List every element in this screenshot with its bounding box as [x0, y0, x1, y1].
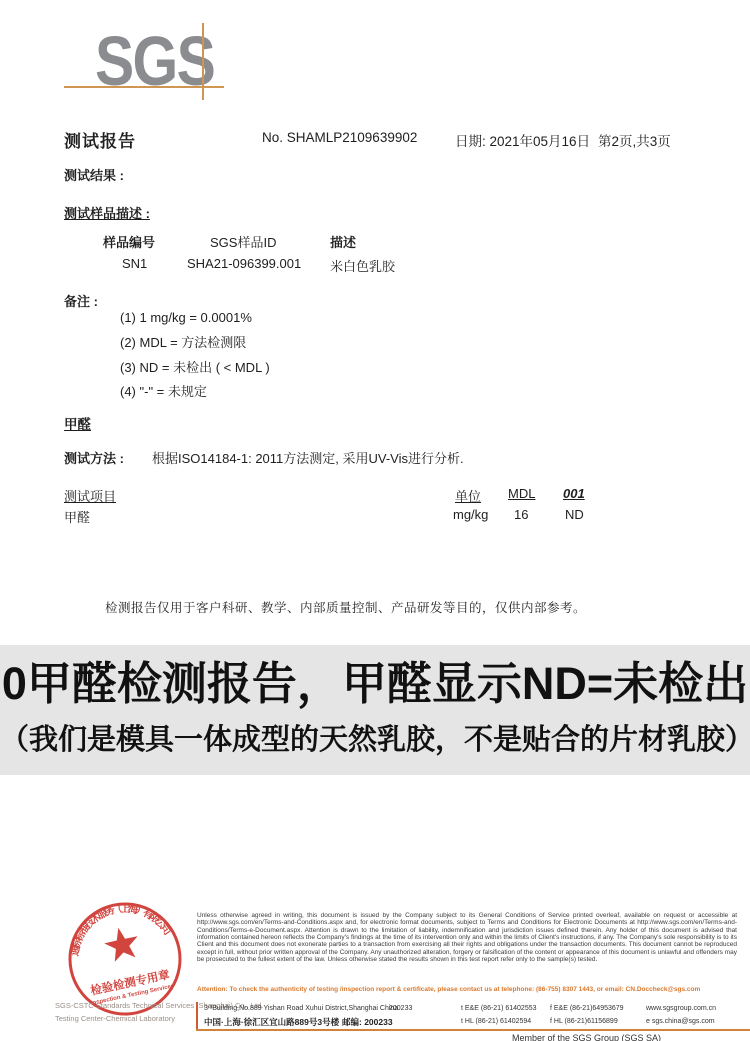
result-header-unit: 单位: [455, 486, 481, 505]
legal-disclaimer: Unless otherwise agreed in writing, this…: [197, 912, 737, 963]
sgs-logo: SGS: [95, 35, 214, 87]
sample-table-header-sgs-id: SGS样品ID: [210, 232, 276, 251]
sample-id-value: SN1: [122, 256, 147, 271]
report-date: 日期: 2021年05月16日: [455, 130, 590, 150]
stamp-star-icon: [102, 924, 142, 963]
phone-ee: t E&E (86-21) 61402553: [461, 1005, 537, 1012]
website-url: www.sgsgroup.com.cn: [646, 1005, 716, 1012]
page-count: 第2页,共3页: [598, 130, 671, 150]
lab-department-name: Testing Center-Chemical Laboratory: [55, 1014, 175, 1023]
remark-2: (2) MDL = 方法检测限: [120, 330, 246, 355]
fax-hl: f HL (86-21)61156899: [550, 1018, 618, 1025]
postcode-chinese: 邮编: 200233: [342, 1016, 393, 1028]
remark-4: (4) "-" = 未规定: [120, 379, 207, 404]
logo-crosshair-horizontal-line: [64, 86, 224, 88]
fax-ee: f E&E (86-21)64953679: [550, 1005, 624, 1012]
method-text: 根据ISO14184-1: 2011方法测定, 采用UV-Vis进行分析.: [152, 448, 464, 467]
page-title: 测试报告: [64, 127, 136, 152]
address-english: 3ʳᵈBuilding,No.889 Yishan Road Xuhui Dis…: [204, 1005, 398, 1012]
method-label: 测试方法 :: [64, 448, 124, 467]
test-result-label: 测试结果 :: [64, 165, 124, 184]
result-item-name: 甲醛: [64, 507, 90, 526]
footer-vertical-rule: [196, 1002, 198, 1030]
address-chinese: 中国·上海·徐汇区宜山路889号3号楼: [204, 1016, 339, 1028]
formaldehyde-heading: 甲醛: [64, 413, 91, 433]
sgs-group-member-note: Member of the SGS Group (SGS SA): [512, 1033, 661, 1041]
logo-crosshair-vertical-line: [202, 23, 204, 100]
remark-label: 备注 :: [64, 291, 98, 310]
result-header-item: 测试项目: [64, 486, 116, 505]
phone-hl: t HL (86-21) 61402594: [461, 1018, 531, 1025]
internal-use-note: 检测报告仅用于客户科研、教学、内部质量控制、产品研发等目的，仅供内部参考。: [105, 598, 586, 616]
promo-banner: 0甲醛检测报告，甲醛显示ND=未检出 （我们是模具一体成型的天然乳胶，不是贴合的…: [0, 645, 750, 775]
email-address: e sgs.china@sgs.com: [646, 1018, 715, 1025]
result-mdl-value: 16: [514, 507, 528, 522]
footer-horizontal-rule: [196, 1029, 750, 1031]
banner-headline: 0甲醛检测报告，甲醛显示ND=未检出: [0, 658, 750, 710]
result-header-sample-001: 001: [563, 486, 585, 501]
result-unit-value: mg/kg: [453, 507, 488, 522]
result-nd-value: ND: [565, 507, 584, 522]
sample-table-header-desc: 描述: [330, 232, 356, 251]
sample-desc-value: 米白色乳胶: [330, 256, 395, 275]
result-header-mdl: MDL: [508, 486, 535, 501]
banner-subline: （我们是模具一体成型的天然乳胶，不是贴合的片材乳胶）: [0, 720, 750, 760]
report-number: No. SHAMLP2109639902: [262, 130, 417, 145]
sample-description-label: 测试样品描述 :: [64, 203, 150, 222]
postcode-english: 200233: [389, 1005, 412, 1012]
sample-table-header-id: 样品编号: [103, 232, 155, 251]
remark-3: (3) ND = 未检出 ( < MDL ): [120, 355, 270, 380]
authenticity-attention-note: Attention: To check the authenticity of …: [197, 986, 737, 993]
test-report-page: SGS 测试报告 No. SHAMLP2109639902 日期: 2021年0…: [0, 0, 750, 1041]
remark-1: (1) 1 mg/kg = 0.0001%: [120, 305, 252, 330]
sgs-sample-id-value: SHA21-096399.001: [187, 256, 301, 271]
